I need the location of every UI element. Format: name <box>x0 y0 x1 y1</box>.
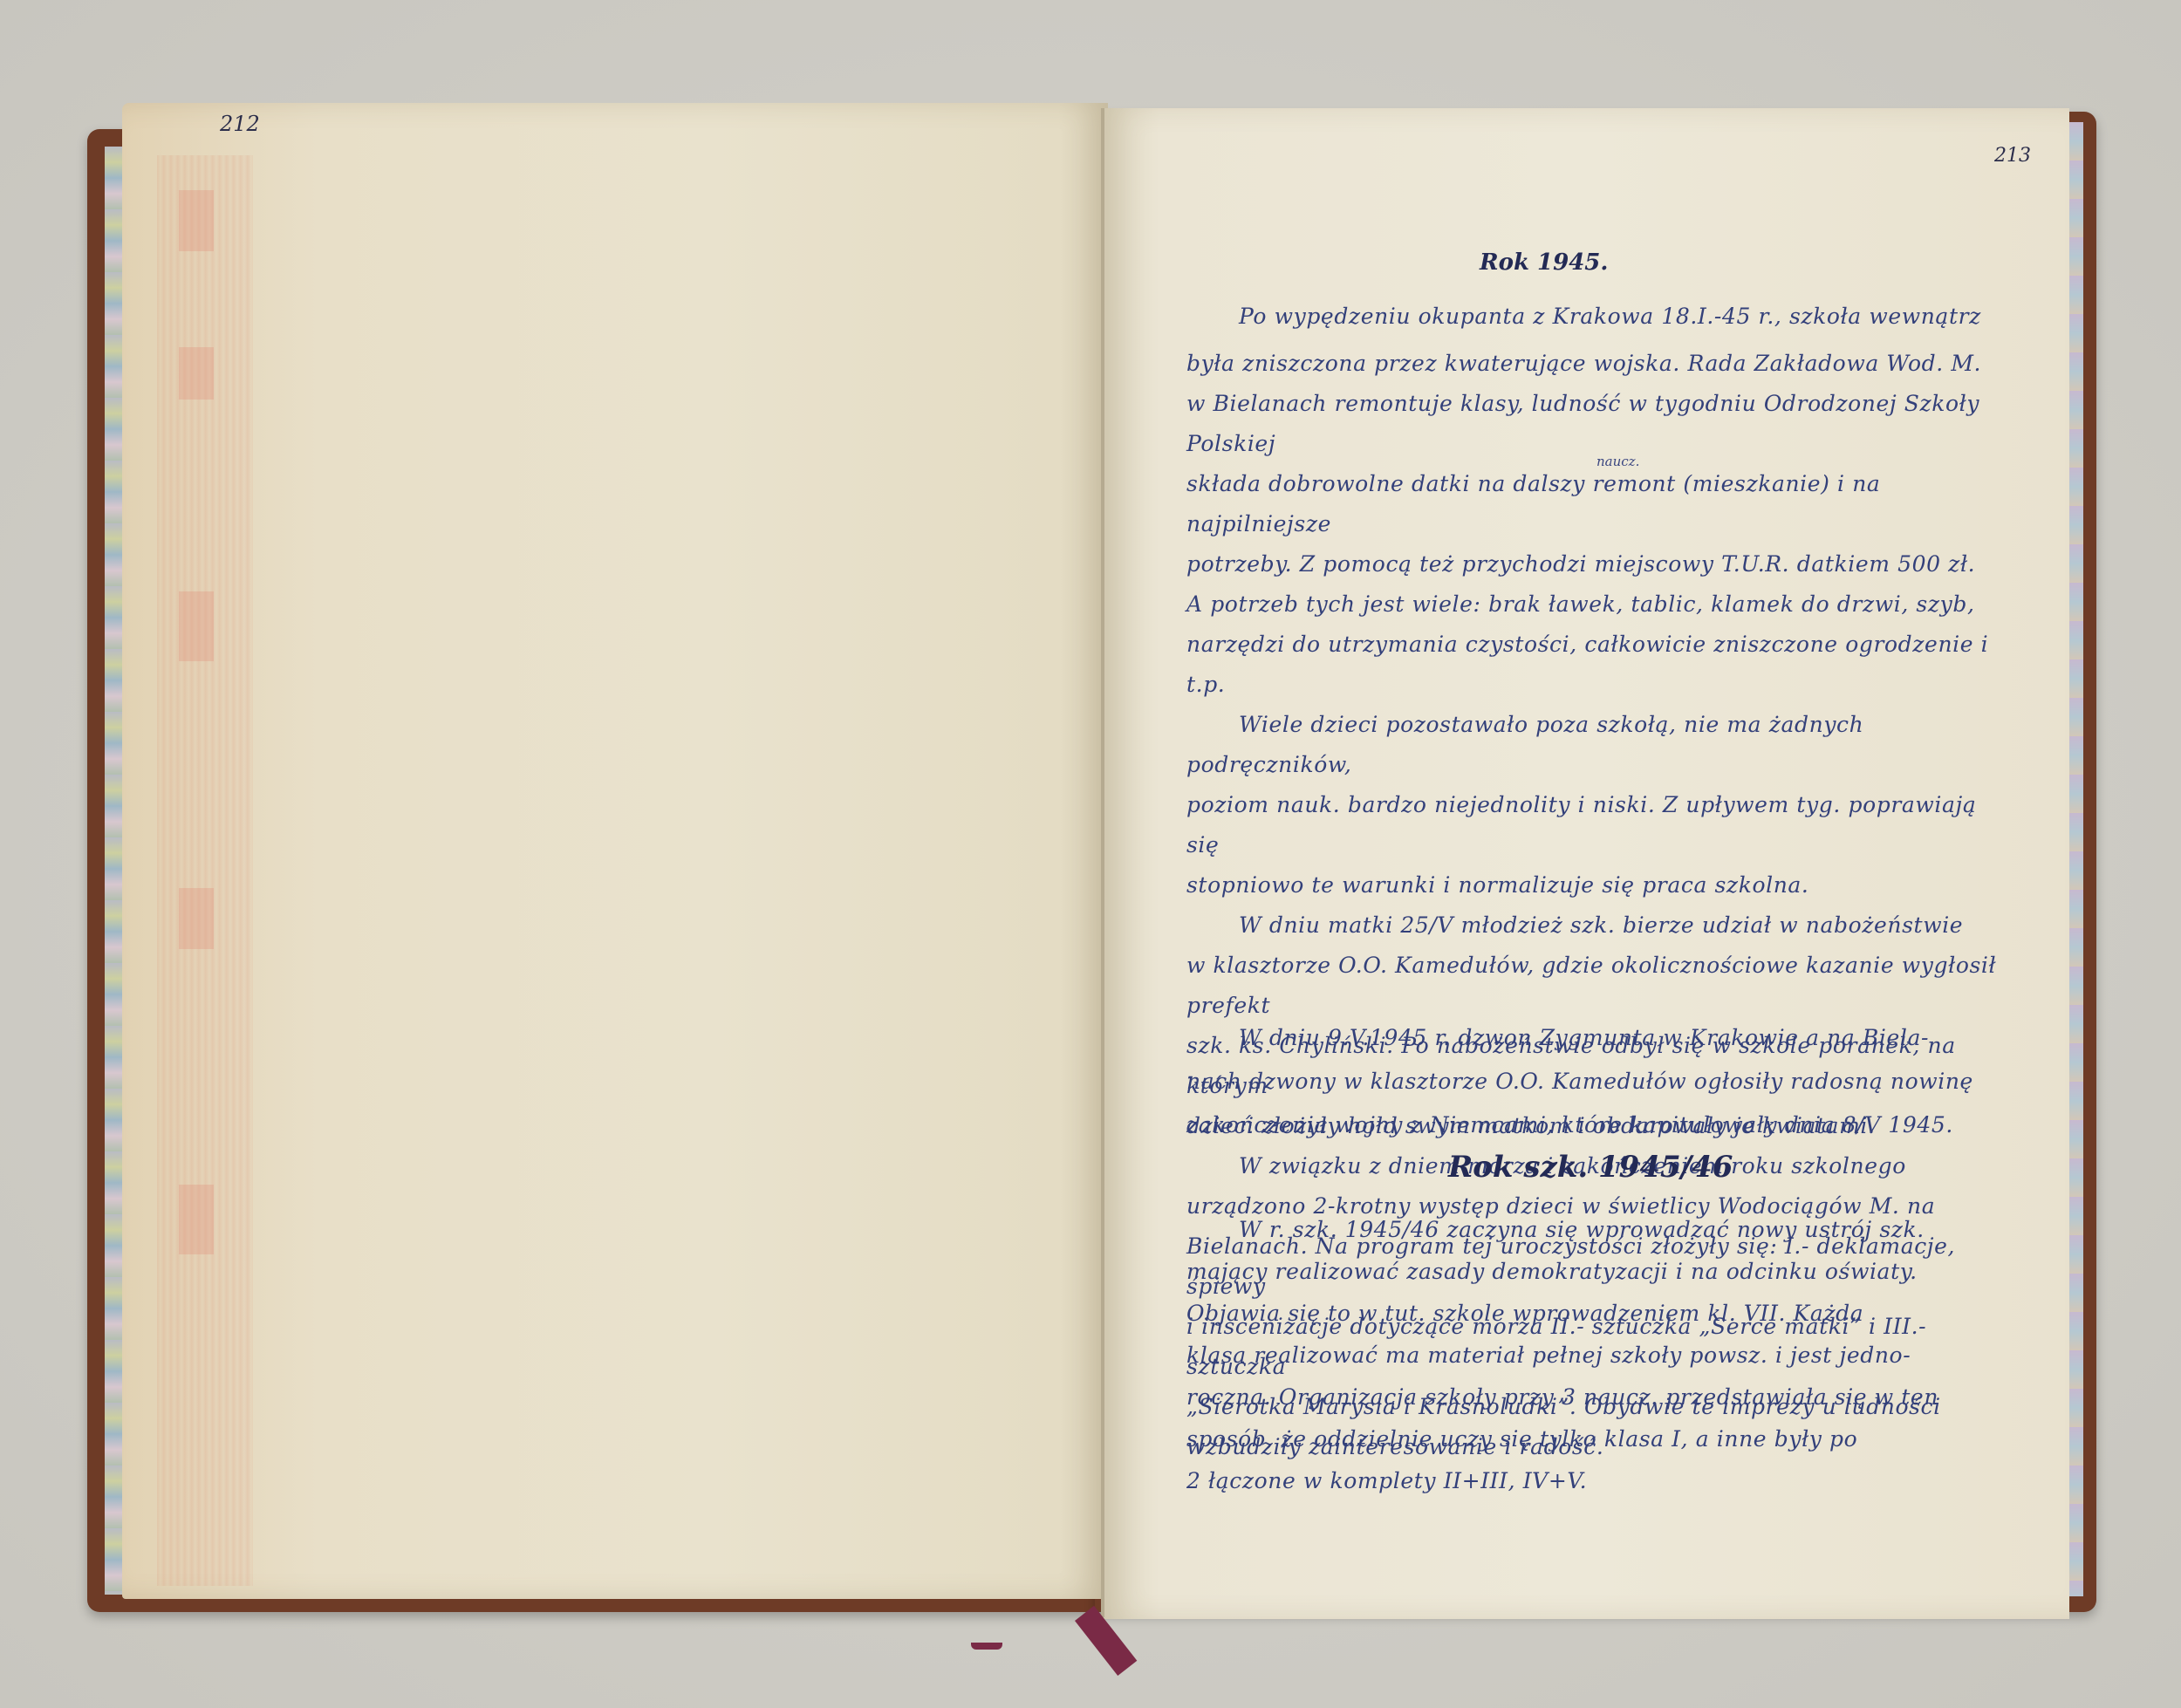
page-number-right: 213 <box>1994 145 2031 167</box>
entry-school-year: W r. szk. 1945/46 zaczyna się wprowadzać… <box>1186 1209 2015 1502</box>
text-line: sposób, że oddzielnie uczy się tylko kla… <box>1186 1418 2015 1460</box>
entry-end-of-war: W dniu 9.V.1945 r. dzwon Zygmunta w Krak… <box>1186 1016 2015 1147</box>
text-line: w klasztorze O.O. Kamedułów, gdzie okoli… <box>1186 946 2015 1026</box>
text-line: roczna. Organizacja szkoły przy 3 naucz.… <box>1186 1377 2015 1418</box>
text-line: Wiele dzieci pozostawało poza szkołą, ni… <box>1186 705 2015 785</box>
page-number-left: 212 <box>220 112 260 136</box>
bookmark-ribbon-stub <box>971 1643 1002 1650</box>
stain-mark <box>179 190 214 251</box>
stain-mark <box>179 591 214 661</box>
text-line: mający realizować zasady demokratyzacji … <box>1186 1251 2015 1293</box>
text-line: nach dzwony w klasztorze O.O. Kamedułów … <box>1186 1060 2015 1103</box>
text-line: stopniowo te warunki i normalizuje się p… <box>1186 865 2015 905</box>
text-line: 2 łączone w komplety II+III, IV+V. <box>1186 1460 2015 1502</box>
left-page <box>122 103 1108 1599</box>
text-line: potrzeby. Z pomocą też przychodzi miejsc… <box>1186 544 2015 584</box>
text-line: w Bielanach remontuje klasy, ludność w t… <box>1186 384 2015 464</box>
text-line: była zniszczona przez kwaterujące wojska… <box>1186 344 2015 384</box>
text-line: W r. szk. 1945/46 zaczyna się wprowadzać… <box>1186 1209 2015 1251</box>
book-gutter <box>1101 108 1104 1617</box>
marbled-endpaper-right <box>2068 122 2083 1596</box>
text-line: W dniu 9.V.1945 r. dzwon Zygmunta w Krak… <box>1186 1016 2015 1060</box>
text-line: składa dobrowolne datki na dalszy remont… <box>1186 464 2015 544</box>
text-line: zakończenia wojny z Niemcami, które kapi… <box>1186 1103 2015 1147</box>
stain-mark <box>179 888 214 949</box>
stain-mark <box>179 347 214 400</box>
text-line: klasa realizować ma materiał pełnej szko… <box>1186 1335 2015 1377</box>
text-line: narzędzi do utrzymania czystości, całkow… <box>1186 625 2015 705</box>
text-line: Po wypędzeniu okupanta z Krakowa 18.I.-4… <box>1186 297 2015 337</box>
stain-mark <box>179 1185 214 1254</box>
text-line: W dniu matki 25/V młodzież szk. bierze u… <box>1186 905 2015 946</box>
heading-year-1945: Rok 1945. <box>1480 249 1608 276</box>
text-line: A potrzeb tych jest wiele: brak ławek, t… <box>1186 584 2015 625</box>
text-line: Objawia się to w tut. szkole wprowadzeni… <box>1186 1293 2015 1335</box>
superscript-note: naucz. <box>1596 454 1639 469</box>
heading-school-year-1945-46: Rok szk. 1945/46 <box>1448 1150 1733 1185</box>
text-line: poziom nauk. bardzo niejednolity i niski… <box>1186 785 2015 865</box>
